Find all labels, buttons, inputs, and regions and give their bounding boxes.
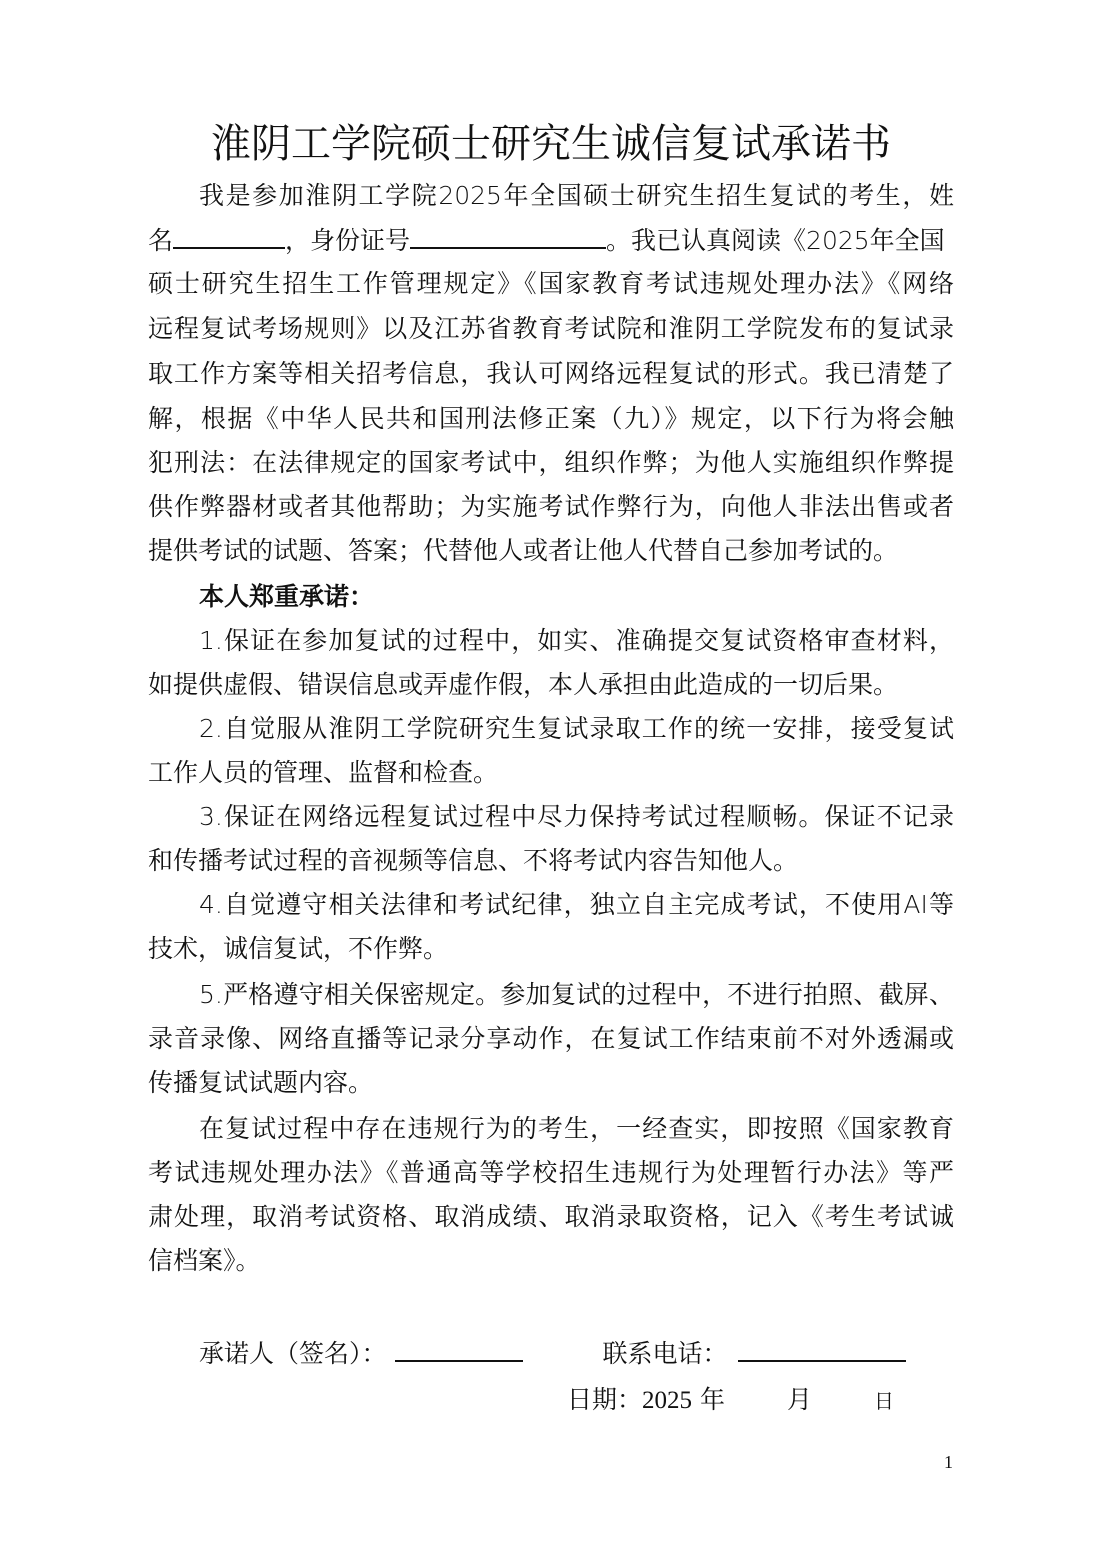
intro-line-7: 犯刑法：在法律规定的国家考试中，组织作弊；为他人实施组织作弊提 [148,443,954,483]
month-unit: 月 [787,1385,812,1414]
year-unit: 年 [700,1385,725,1414]
closing-line-1: 在复试过程中存在违规行为的考生，一经查实，即按照《国家教育 [199,1109,954,1149]
document-title: 淮阴工学院硕士研究生诚信复试承诺书 [0,116,1102,172]
intro-line-2: 名，身份证号。我已认真阅读《2025年全国 [148,221,954,261]
intro-line-1: 我是参加淮阴工学院2025年全国硕士研究生招生复试的考生，姓 [199,176,954,216]
pledge-2-line-1: 2.自觉服从淮阴工学院研究生复试录取工作的统一安排，接受复试 [199,709,954,749]
intro-line-2-tail: 。我已认真阅读《2025年全国 [606,226,945,255]
date-label: 日期： [567,1385,642,1414]
pledge-1-line-2: 如提供虚假、错误信息或弄虚作假，本人承担由此造成的一切后果。 [148,665,954,705]
intro-line-8: 供作弊器材或者其他帮助；为实施考试作弊行为，向他人非法出售或者 [148,487,954,527]
closing-line-4: 信档案》。 [148,1241,954,1281]
pledge-heading: 本人郑重承诺： [199,577,954,617]
pledge-5-line-3: 传播复试试题内容。 [148,1063,954,1103]
name-label: 名 [148,226,173,255]
page-number: 1 [944,1452,953,1472]
day-unit: 日 [874,1389,894,1413]
closing-line-3: 肃处理，取消考试资格、取消成绩、取消录取资格，记入《考生考试诚 [148,1197,954,1237]
pledge-5-line-2: 录音录像、网络直播等记录分享动作，在复试工作结束前不对外透漏或 [148,1019,954,1059]
date-row: 日期：2025 年月日 [567,1380,894,1421]
pledge-3-line-2: 和传播考试过程的音视频等信息、不将考试内容告知他人。 [148,841,954,881]
name-blank-field[interactable] [173,221,285,249]
pledge-5-line-1: 5.严格遵守相关保密规定。参加复试的过程中，不进行拍照、截屏、 [199,975,954,1015]
intro-line-5: 取工作方案等相关招考信息，我认可网络远程复试的形式。我已清楚了 [148,354,954,394]
closing-line-2: 考试违规处理办法》《普通高等学校招生违规行为处理暂行办法》等严 [148,1153,954,1193]
pledge-4-line-1: 4.自觉遵守相关法律和考试纪律，独立自主完成考试，不使用AI等 [199,885,954,925]
pledge-2-line-2: 工作人员的管理、监督和检查。 [148,753,954,793]
phone-field[interactable] [738,1332,906,1362]
pledge-3-line-1: 3.保证在网络远程复试过程中尽力保持考试过程顺畅。保证不记录 [199,797,954,837]
signature-row: 承诺人（签名）：联系电话： [199,1332,906,1374]
signer-signature-field[interactable] [395,1332,523,1362]
intro-line-6: 解，根据《中华人民共和国刑法修正案（九）》规定，以下行为将会触 [148,399,954,439]
id-number-blank-field[interactable] [410,221,606,249]
pledge-1-line-1: 1.保证在参加复试的过程中，如实、准确提交复试资格审查材料， [199,621,954,661]
phone-label: 联系电话： [603,1339,728,1368]
signer-label: 承诺人（签名）： [199,1339,387,1368]
document-page: 淮阴工学院硕士研究生诚信复试承诺书 我是参加淮阴工学院2025年全国硕士研究生招… [0,0,1102,1559]
pledge-4-line-2: 技术，诚信复试，不作弊。 [148,929,954,969]
intro-line-9: 提供考试的试题、答案；代替他人或者让他人代替自己参加考试的。 [148,531,954,571]
intro-line-4: 远程复试考场规则》以及江苏省教育考试院和淮阴工学院发布的复试录 [148,309,954,349]
intro-line-3: 硕士研究生招生工作管理规定》《国家教育考试违规处理办法》《网络 [148,264,954,304]
date-year: 2025 [642,1387,692,1414]
id-label: ，身份证号 [285,226,410,255]
